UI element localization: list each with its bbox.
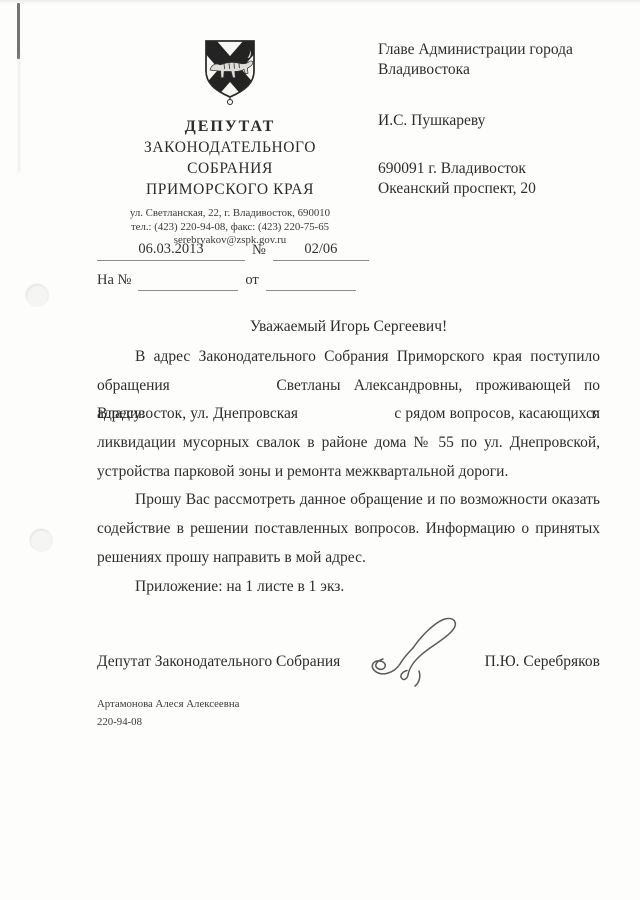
reply-number-blank-field xyxy=(138,270,238,291)
sender-title: ДЕПУТАТ xyxy=(86,116,374,137)
body-line: В адрес Законодательного Собрания Примор… xyxy=(97,343,600,372)
sender-phone-fax: тел.: (423) 220-94-08, факс: (423) 220-7… xyxy=(86,221,374,235)
scan-left-edge-faint xyxy=(18,52,20,172)
letter-number-field: 02/06 xyxy=(273,241,369,261)
blank-gap xyxy=(302,417,390,418)
primorsky-krai-coat-of-arms-icon xyxy=(202,38,258,106)
body-line: ликвидации мусорных свалок в районе дома… xyxy=(97,429,600,458)
sender-street-address: ул. Светланская, 22, г. Владивосток, 690… xyxy=(86,207,374,221)
body-line: обращения Светланы Александровны, прожив… xyxy=(97,372,600,401)
recipient-address-line1: 690091 г. Владивосток xyxy=(378,159,618,179)
body-line: содействие в решении поставленных вопрос… xyxy=(97,515,600,544)
reference-block: 06.03.2013 № 02/06 На № от xyxy=(97,241,369,291)
reply-date-blank-field xyxy=(266,270,356,291)
reference-row-reply: На № от xyxy=(97,270,369,291)
handwritten-signature xyxy=(363,607,485,697)
executor-name: Артамонова Алеся Алексеевна xyxy=(97,695,239,713)
recipient-org-line1: Главе Администрации города xyxy=(378,40,618,60)
scan-left-edge-mark xyxy=(17,3,20,59)
signer-position: Депутат Законодательного Собрания xyxy=(97,653,340,671)
body-lines: В адрес Законодательного Собрания Примор… xyxy=(97,343,600,601)
executor-block: Артамонова Алеся Алексеевна 220-94-08 xyxy=(97,695,239,731)
letter-body: Уважаемый Игорь Сергеевич! В адрес Закон… xyxy=(97,313,600,601)
recipient-address-line2: Океанский проспект, 20 xyxy=(378,179,618,199)
letterhead: ДЕПУТАТ ЗАКОНОДАТЕЛЬНОГО СОБРАНИЯ ПРИМОР… xyxy=(86,38,374,248)
blank-gap xyxy=(183,389,263,390)
executor-phone: 220-94-08 xyxy=(97,713,239,731)
recipient-block: Главе Администрации города Владивостока … xyxy=(378,40,618,199)
number-sign-label: № xyxy=(245,242,273,261)
salutation: Уважаемый Игорь Сергеевич! xyxy=(97,313,600,340)
sender-title-line4: ПРИМОРСКОГО КРАЯ xyxy=(86,179,374,200)
hole-punch xyxy=(30,529,53,552)
body-line: Прошу Вас рассмотреть данное обращение и… xyxy=(97,486,600,515)
body-line: Владивосток, ул. Днепровская с рядом воп… xyxy=(97,400,600,429)
signer-name: П.Ю. Серебряков xyxy=(485,653,600,671)
sender-title-line3: СОБРАНИЯ xyxy=(86,158,374,179)
body-line: устройства парковой зоны и ремонта межкв… xyxy=(97,458,600,487)
letter-date-field: 06.03.2013 xyxy=(97,241,245,261)
body-line: Приложение: на 1 листе в 1 экз. xyxy=(97,573,600,602)
hole-punch xyxy=(26,284,49,307)
reference-row-date-number: 06.03.2013 № 02/06 xyxy=(97,241,369,261)
body-line: решениях прошу направить в мой адрес. xyxy=(97,544,600,573)
sender-title-line2: ЗАКОНОДАТЕЛЬНОГО xyxy=(86,137,374,158)
from-label: от xyxy=(238,272,265,291)
reply-to-label: На № xyxy=(97,272,138,291)
recipient-org-line2: Владивостока xyxy=(378,60,618,80)
scanned-letter-page: ДЕПУТАТ ЗАКОНОДАТЕЛЬНОГО СОБРАНИЯ ПРИМОР… xyxy=(0,0,640,900)
recipient-person: И.С. Пушкареву xyxy=(378,111,618,131)
scan-top-shadow xyxy=(0,0,640,4)
